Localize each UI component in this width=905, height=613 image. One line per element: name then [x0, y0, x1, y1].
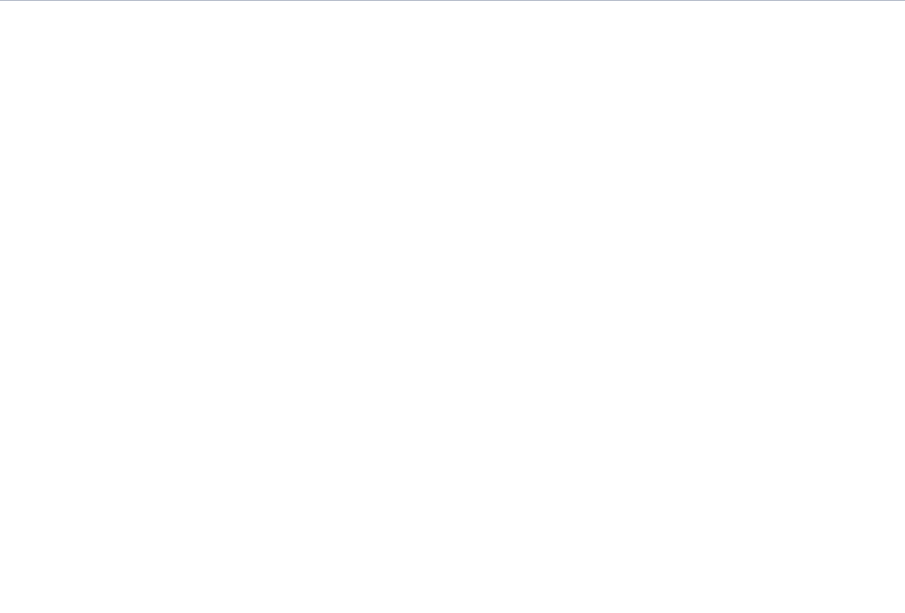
selection-marker	[893, 0, 905, 5]
column-header-bottom-edge	[0, 0, 905, 1]
spreadsheet-view	[0, 0, 905, 613]
